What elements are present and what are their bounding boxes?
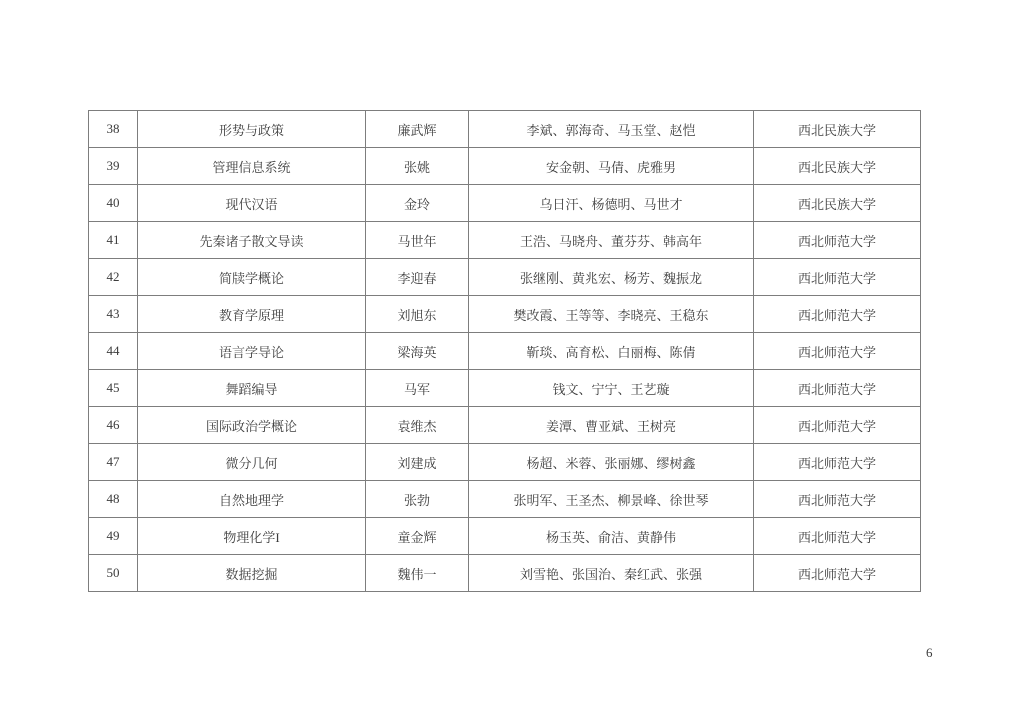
cell-university: 西北师范大学 xyxy=(754,481,921,518)
cell-university: 西北师范大学 xyxy=(754,370,921,407)
cell-course: 自然地理学 xyxy=(138,481,366,518)
cell-course: 现代汉语 xyxy=(138,185,366,222)
cell-course: 舞蹈编导 xyxy=(138,370,366,407)
page-number: 6 xyxy=(926,645,933,661)
cell-course: 物理化学I xyxy=(138,518,366,555)
cell-index: 47 xyxy=(89,444,138,481)
table-row: 44语言学导论梁海英靳琰、高育松、白丽梅、陈倩西北师范大学 xyxy=(89,333,921,370)
cell-leader: 童金辉 xyxy=(366,518,469,555)
cell-team: 杨玉英、俞洁、黄静伟 xyxy=(469,518,754,555)
cell-index: 50 xyxy=(89,555,138,592)
cell-team: 乌日汗、杨德明、马世才 xyxy=(469,185,754,222)
table-row: 40现代汉语金玲乌日汗、杨德明、马世才西北民族大学 xyxy=(89,185,921,222)
cell-team: 李斌、郭海奇、马玉堂、赵恺 xyxy=(469,111,754,148)
cell-course: 国际政治学概论 xyxy=(138,407,366,444)
table-row: 48自然地理学张勃张明军、王圣杰、柳景峰、徐世琴西北师范大学 xyxy=(89,481,921,518)
cell-leader: 袁维杰 xyxy=(366,407,469,444)
cell-course: 形势与政策 xyxy=(138,111,366,148)
cell-university: 西北师范大学 xyxy=(754,444,921,481)
cell-university: 西北师范大学 xyxy=(754,407,921,444)
table-row: 39管理信息系统张姚安金朝、马倩、虎雅男西北民族大学 xyxy=(89,148,921,185)
table-row: 43教育学原理刘旭东樊改霞、王等等、李晓亮、王稳东西北师范大学 xyxy=(89,296,921,333)
cell-course: 语言学导论 xyxy=(138,333,366,370)
cell-leader: 金玲 xyxy=(366,185,469,222)
cell-leader: 马军 xyxy=(366,370,469,407)
cell-course: 简牍学概论 xyxy=(138,259,366,296)
cell-university: 西北民族大学 xyxy=(754,185,921,222)
table-row: 38形势与政策廉武辉李斌、郭海奇、马玉堂、赵恺西北民族大学 xyxy=(89,111,921,148)
cell-university: 西北师范大学 xyxy=(754,518,921,555)
cell-university: 西北民族大学 xyxy=(754,111,921,148)
cell-university: 西北师范大学 xyxy=(754,555,921,592)
cell-university: 西北师范大学 xyxy=(754,222,921,259)
table-row: 46国际政治学概论袁维杰姜潭、曹亚斌、王树亮西北师范大学 xyxy=(89,407,921,444)
cell-index: 38 xyxy=(89,111,138,148)
cell-university: 西北师范大学 xyxy=(754,333,921,370)
cell-leader: 魏伟一 xyxy=(366,555,469,592)
cell-leader: 梁海英 xyxy=(366,333,469,370)
cell-index: 45 xyxy=(89,370,138,407)
cell-leader: 刘旭东 xyxy=(366,296,469,333)
cell-index: 42 xyxy=(89,259,138,296)
cell-course: 先秦诸子散文导读 xyxy=(138,222,366,259)
course-table: 38形势与政策廉武辉李斌、郭海奇、马玉堂、赵恺西北民族大学39管理信息系统张姚安… xyxy=(88,110,921,592)
cell-index: 46 xyxy=(89,407,138,444)
table-row: 49物理化学I童金辉杨玉英、俞洁、黄静伟西北师范大学 xyxy=(89,518,921,555)
cell-index: 41 xyxy=(89,222,138,259)
cell-team: 王浩、马晓舟、董芬芬、韩高年 xyxy=(469,222,754,259)
cell-university: 西北师范大学 xyxy=(754,296,921,333)
table-row: 45舞蹈编导马军钱文、宁宁、王艺璇西北师范大学 xyxy=(89,370,921,407)
cell-team: 钱文、宁宁、王艺璇 xyxy=(469,370,754,407)
course-table-body: 38形势与政策廉武辉李斌、郭海奇、马玉堂、赵恺西北民族大学39管理信息系统张姚安… xyxy=(89,111,921,592)
cell-university: 西北民族大学 xyxy=(754,148,921,185)
cell-leader: 张勃 xyxy=(366,481,469,518)
cell-team: 樊改霞、王等等、李晓亮、王稳东 xyxy=(469,296,754,333)
cell-index: 48 xyxy=(89,481,138,518)
cell-course: 微分几何 xyxy=(138,444,366,481)
cell-team: 杨超、米蓉、张丽娜、缪树鑫 xyxy=(469,444,754,481)
cell-team: 靳琰、高育松、白丽梅、陈倩 xyxy=(469,333,754,370)
table-row: 50数据挖掘魏伟一刘雪艳、张国治、秦红武、张强西北师范大学 xyxy=(89,555,921,592)
cell-leader: 刘建成 xyxy=(366,444,469,481)
cell-team: 刘雪艳、张国治、秦红武、张强 xyxy=(469,555,754,592)
cell-team: 安金朝、马倩、虎雅男 xyxy=(469,148,754,185)
document-page: 38形势与政策廉武辉李斌、郭海奇、马玉堂、赵恺西北民族大学39管理信息系统张姚安… xyxy=(0,0,1024,724)
cell-leader: 张姚 xyxy=(366,148,469,185)
cell-index: 40 xyxy=(89,185,138,222)
cell-index: 44 xyxy=(89,333,138,370)
table-row: 41先秦诸子散文导读马世年王浩、马晓舟、董芬芬、韩高年西北师范大学 xyxy=(89,222,921,259)
table-row: 47微分几何刘建成杨超、米蓉、张丽娜、缪树鑫西北师范大学 xyxy=(89,444,921,481)
cell-course: 管理信息系统 xyxy=(138,148,366,185)
table-row: 42简牍学概论李迎春张继刚、黄兆宏、杨芳、魏振龙西北师范大学 xyxy=(89,259,921,296)
cell-leader: 马世年 xyxy=(366,222,469,259)
cell-university: 西北师范大学 xyxy=(754,259,921,296)
cell-index: 39 xyxy=(89,148,138,185)
cell-leader: 李迎春 xyxy=(366,259,469,296)
cell-index: 49 xyxy=(89,518,138,555)
cell-team: 姜潭、曹亚斌、王树亮 xyxy=(469,407,754,444)
cell-course: 数据挖掘 xyxy=(138,555,366,592)
cell-leader: 廉武辉 xyxy=(366,111,469,148)
cell-course: 教育学原理 xyxy=(138,296,366,333)
cell-index: 43 xyxy=(89,296,138,333)
cell-team: 张继刚、黄兆宏、杨芳、魏振龙 xyxy=(469,259,754,296)
cell-team: 张明军、王圣杰、柳景峰、徐世琴 xyxy=(469,481,754,518)
